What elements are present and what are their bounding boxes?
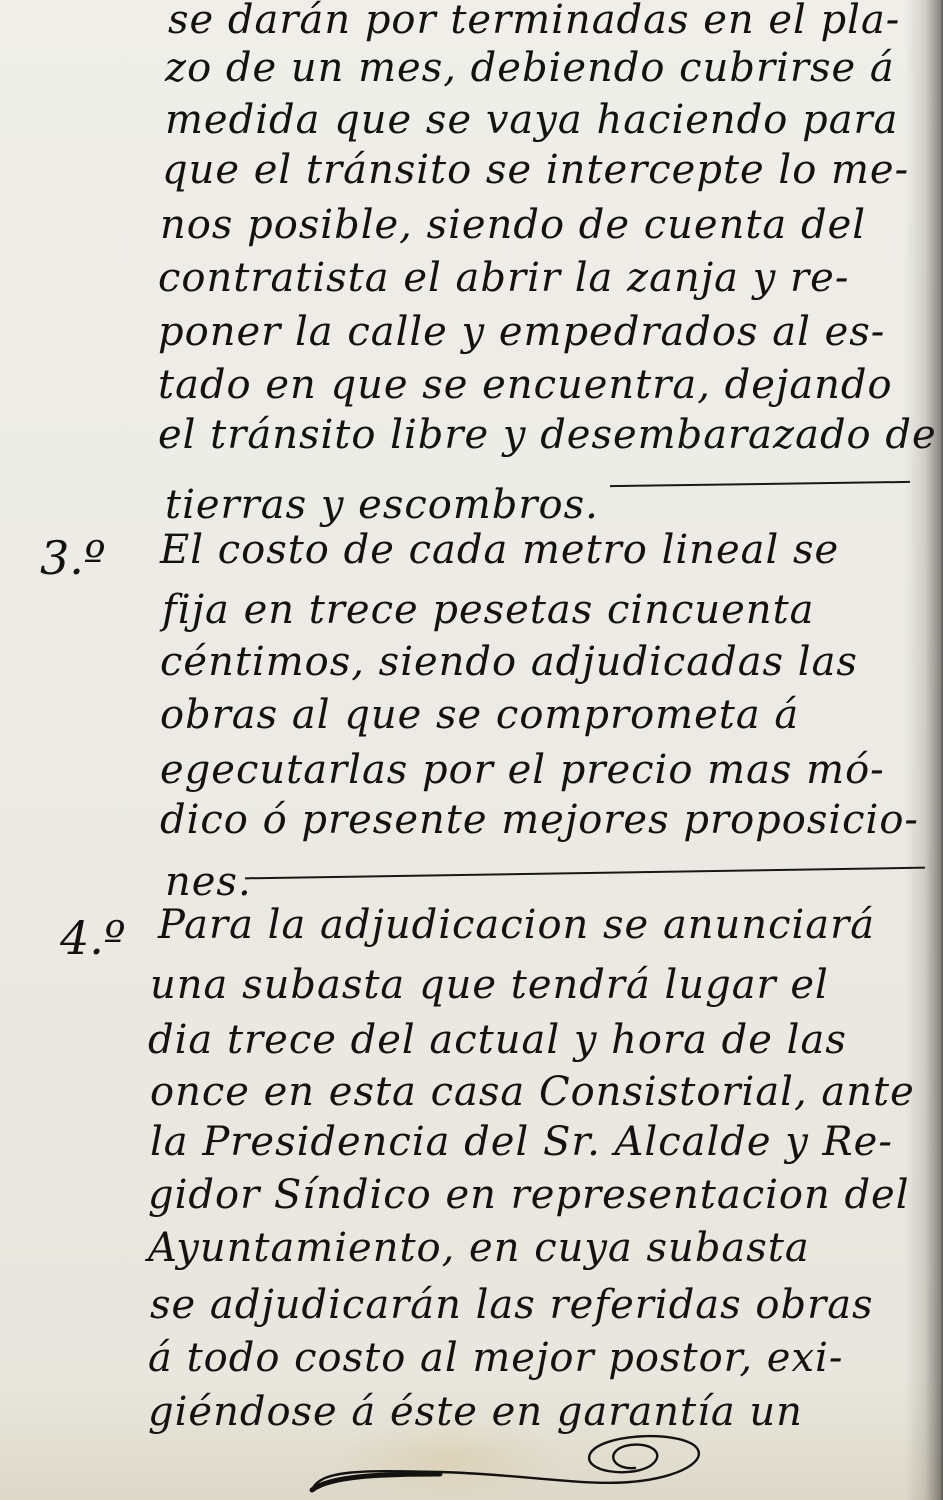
text-line: que el tránsito se intercepte lo me- bbox=[162, 150, 909, 190]
text-line: tierras y escombros. bbox=[165, 485, 599, 525]
text-line: once en esta casa Consistorial, ante bbox=[150, 1072, 915, 1112]
clause-number-4: 4.º bbox=[60, 915, 126, 961]
text-line: gidor Síndico en representacion del bbox=[148, 1175, 910, 1215]
text-line: egecutarlas por el precio mas mó- bbox=[160, 750, 885, 790]
text-line: El costo de cada metro lineal se bbox=[160, 530, 839, 570]
line-filler-rule bbox=[610, 481, 910, 487]
text-line: nos posible, siendo de cuenta del bbox=[160, 205, 866, 245]
text-line: Ayuntamiento, en cuya subasta bbox=[148, 1228, 810, 1268]
text-line: tado en que se encuentra, dejando bbox=[158, 365, 893, 405]
text-line: se darán por terminadas en el pla- bbox=[168, 0, 900, 40]
line-filler-rule bbox=[245, 867, 925, 880]
manuscript-page: se darán por terminadas en el pla- zo de… bbox=[0, 0, 943, 1500]
clause-number-3: 3.º bbox=[40, 535, 106, 581]
text-line: poner la calle y empedrados al es- bbox=[158, 312, 885, 352]
text-line: la Presidencia del Sr. Alcalde y Re- bbox=[150, 1122, 893, 1162]
text-line: dia trece del actual y hora de las bbox=[148, 1020, 847, 1060]
text-line: giéndose á éste en garantía un bbox=[148, 1392, 803, 1432]
text-line: céntimos, siendo adjudicadas las bbox=[160, 642, 858, 682]
text-line: zo de un mes, debiendo cubrirse á bbox=[165, 48, 895, 88]
text-line: dico ó presente mejores proposicio- bbox=[160, 800, 919, 840]
text-line: medida que se vaya haciendo para bbox=[165, 100, 899, 140]
text-line: obras al que se comprometa á bbox=[160, 695, 799, 735]
text-line: se adjudicarán las referidas obras bbox=[150, 1285, 874, 1325]
text-line: fija en trece pesetas cincuenta bbox=[162, 590, 814, 630]
text-line: el tránsito libre y desembarazado de bbox=[158, 415, 937, 455]
end-flourish-icon bbox=[300, 1430, 720, 1500]
text-line: nes. bbox=[165, 862, 252, 902]
text-line: á todo costo al mejor postor, exi- bbox=[148, 1338, 843, 1378]
text-line: Para la adjudicacion se anunciará bbox=[158, 905, 875, 945]
text-line: una subasta que tendrá lugar el bbox=[150, 965, 829, 1005]
text-line: contratista el abrir la zanja y re- bbox=[158, 258, 849, 298]
